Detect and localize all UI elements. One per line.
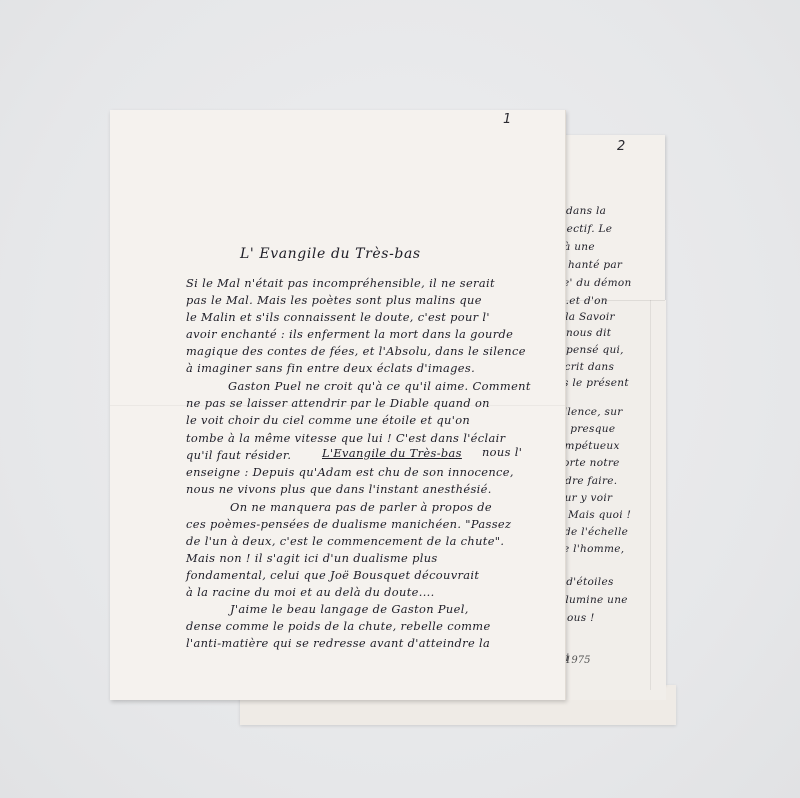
handwritten-line: ecrit dans <box>558 361 614 373</box>
page-1-number: 1 <box>503 112 511 127</box>
handwritten-line: nous l' <box>482 445 522 459</box>
handwritten-line: fondamental, celui que Joë Bousquet déco… <box>186 568 479 582</box>
handwritten-line: de l'homme, <box>556 543 624 555</box>
handwritten-line: à une <box>564 241 595 253</box>
handwritten-line: le voit choir du ciel comme une étoile e… <box>186 413 470 427</box>
handwritten-line: our y voir <box>558 492 612 504</box>
handwritten-line: ..et d'on <box>562 295 608 307</box>
handwritten-line: dense comme le poids de la chute, rebell… <box>186 619 491 633</box>
handwritten-line: de l'un à deux, c'est le commencement de… <box>186 534 504 548</box>
handwritten-line: "la Savoir <box>560 311 615 323</box>
handwritten-line: J'aime le beau langage de Gaston Puel, <box>230 602 469 616</box>
handwritten-line: Mais non ! il s'agit ici d'un dualisme p… <box>186 551 438 565</box>
handwritten-line: On ne manquera pas de parler à propos de <box>230 500 492 514</box>
handwritten-line: l'anti-matière qui se redresse avant d'a… <box>186 636 490 650</box>
handwritten-line: ns le présent <box>556 377 629 389</box>
page-2-number: 2 <box>617 139 625 154</box>
handwritten-line: le Malin et s'ils connaissent le doute, … <box>186 310 490 324</box>
handwritten-line: dans la <box>566 205 606 217</box>
handwritten-line: Gaston Puel ne croit qu'à ce qu'il aime.… <box>228 379 531 393</box>
handwritten-line: ne pas se laisser attendrir par le Diabl… <box>186 396 490 410</box>
handwritten-line: illumine une <box>558 594 628 606</box>
handwritten-line: pensé qui, <box>566 344 624 356</box>
handwritten-line: Si le Mal n'était pas incompréhensible, … <box>186 276 495 290</box>
page-2-date: 1975 <box>565 655 590 666</box>
handwritten-line: à presque <box>560 423 615 435</box>
handwritten-line: à imaginer sans fin entre deux éclats d'… <box>186 361 475 375</box>
handwritten-line: nous dit <box>566 327 611 339</box>
handwritten-line: empétueux <box>558 440 620 452</box>
underlined-title-reference: L'Evangile du Très-bas <box>322 446 462 460</box>
handwritten-line: tombe à la même vitesse que lui ! C'est … <box>186 431 505 445</box>
handwritten-line: pas le Mal. Mais les poètes sont plus ma… <box>186 293 482 307</box>
handwritten-line: hanté par <box>568 259 622 271</box>
handwritten-line: qu'il faut résider. <box>186 448 291 462</box>
handwritten-line: Mais quoi ! <box>568 509 631 521</box>
handwritten-line: enseigne : Depuis qu'Adam est chu de son… <box>186 465 514 479</box>
handwritten-line: ndre faire. <box>558 475 617 487</box>
handwritten-line: silence, sur <box>558 406 623 418</box>
handwritten-line: de' du démon <box>556 277 632 289</box>
page-2-fold-crease <box>650 300 651 690</box>
handwritten-line: de l'échelle <box>564 526 628 538</box>
handwritten-line: à la racine du moi et au delà du doute..… <box>186 585 435 599</box>
handwritten-line: nous ne vivons plus que dans l'instant a… <box>186 482 492 496</box>
handwritten-line: magique des contes de fées, et l'Absolu,… <box>186 344 526 358</box>
handwritten-line: ces poèmes-pensées de dualisme manichéen… <box>186 517 511 531</box>
letter-title: L' Evangile du Très-bas <box>240 246 470 262</box>
handwritten-line: avoir enchanté : ils enferment la mort d… <box>186 327 513 341</box>
